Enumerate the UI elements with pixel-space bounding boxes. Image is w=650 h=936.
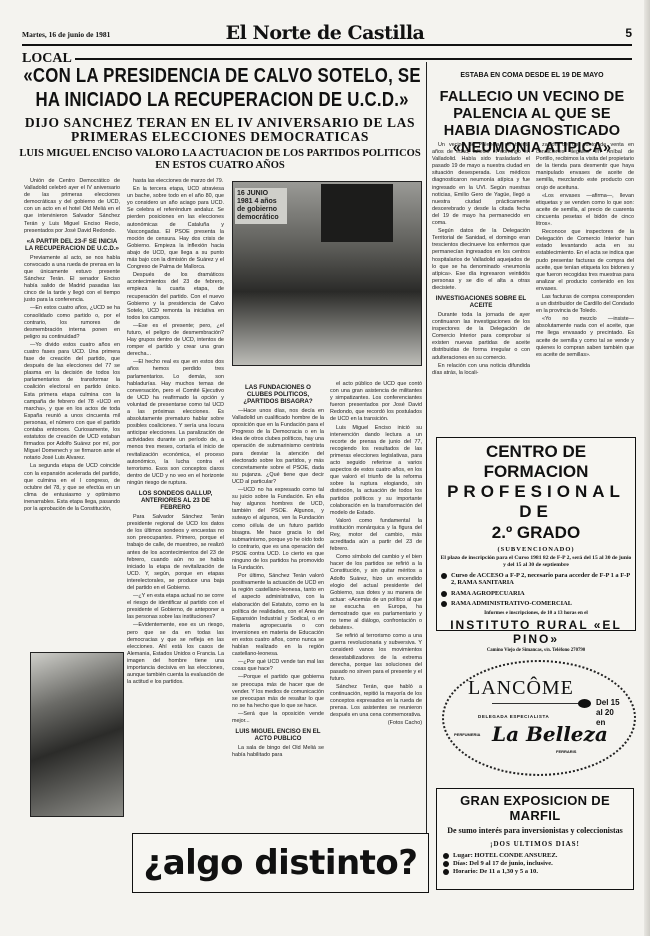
ad-address: Camino Viejo de Simancas, s/n. Teléfono … bbox=[437, 648, 635, 653]
ad-intro: El plazo de inscripción para el Curso 19… bbox=[437, 555, 635, 569]
paragraph: —Ese es el presente; pero, ¿el futuro, e… bbox=[127, 323, 224, 358]
paragraph: zación de un punto de venta en condicion… bbox=[536, 142, 634, 192]
paragraph: —Será que la oposición vende mejor... bbox=[232, 711, 324, 725]
paragraph: —En estos cuatro años, ¿UCD se ha consol… bbox=[24, 305, 120, 340]
bullet-item: Lugar: HOTEL CONDE ANSUREZ. bbox=[443, 852, 627, 860]
paragraph: «Los envases —afirma—, llevan etiquetas … bbox=[536, 193, 634, 228]
paragraph: En la tercera etapa, UCD atraviesa un ba… bbox=[127, 186, 224, 271]
rose-icon bbox=[578, 699, 591, 708]
ad-course-list: Curso de ACCESO a F-P 2, necesario para … bbox=[437, 572, 635, 607]
newspaper-title: El Norte de Castilla bbox=[220, 22, 430, 44]
ad-banner: ¡DOS ULTIMOS DIAS! bbox=[437, 840, 633, 848]
paragraph: Reconoce que inspectores de la Delegació… bbox=[536, 229, 634, 293]
ad-algo-distinto: ¿algo distinto? bbox=[132, 833, 429, 893]
bullet-item: Curso de ACCESO a F-P 2, necesario para … bbox=[441, 572, 631, 587]
ad-delegada: DELEGADA ESPECIALISTA bbox=[478, 714, 549, 719]
paragraph: —¿Por qué UCD vende tan mal las cosas qu… bbox=[232, 659, 324, 673]
speaker-photo bbox=[30, 652, 124, 817]
paragraph: —UCD no ha expresado como tal su juicio … bbox=[232, 487, 324, 572]
ad-subtitle: De sumo interés para inversionistas y co… bbox=[437, 826, 633, 835]
subhead: LAS FUNDACIONES O CLUBES POLITICOS, ¿PAR… bbox=[232, 384, 324, 405]
event-photo: 16 JUNIO 1981 4 años de gobierno democrá… bbox=[232, 181, 422, 366]
paragraph: —Yo divido estos cuatro años en cuatro f… bbox=[24, 342, 120, 463]
main-column-3: LAS FUNDACIONES O CLUBES POLITICOS, ¿PAR… bbox=[232, 381, 324, 760]
ad-title-line2: PROFESIONAL DE bbox=[437, 482, 635, 522]
paragraph: Previamente al acto, se nos había convoc… bbox=[24, 255, 120, 305]
ad-title: GRAN EXPOSICION DE MARFIL bbox=[437, 793, 633, 823]
paragraph: Después de los dramáticos acontecimiento… bbox=[127, 272, 224, 322]
paragraph: —Porque el partido que gobierna se preoc… bbox=[232, 674, 324, 709]
issue-date: Martes, 16 de junio de 1981 bbox=[22, 30, 110, 39]
rose-stem-icon bbox=[492, 703, 580, 704]
main-column-1: Unión de Centro Democrático de Valladoli… bbox=[24, 178, 120, 514]
paragraph: el acto público de UCD que contó con una… bbox=[330, 381, 422, 424]
main-column-2: hasta las elecciones de marzo del 79. En… bbox=[127, 178, 224, 687]
masthead-rule bbox=[22, 44, 632, 46]
paragraph: Según datos de la Delegación Territorial… bbox=[432, 228, 530, 292]
main-headline: «CON LA PRESIDENCIA DE CALVO SOTELO, SE … bbox=[22, 64, 422, 112]
subhead: «A PARTIR DEL 23-F SE INICIA LA RECUPERA… bbox=[24, 238, 120, 252]
side-column-2: zación de un punto de venta en condicion… bbox=[536, 142, 634, 360]
column-divider bbox=[426, 62, 427, 892]
paragraph: «Yo no mezclo —insiste— absolutamente na… bbox=[536, 316, 634, 359]
ad-subtitle: (SUBVENCIONADO) bbox=[437, 546, 635, 553]
ad-centro-formacion: CENTRO DE FORMACION PROFESIONAL DE 2.º G… bbox=[436, 437, 636, 631]
paragraph: Las facturas de compra corresponden a un… bbox=[536, 294, 634, 315]
photo-credit: (Fotos Cacho) bbox=[330, 720, 422, 727]
paragraph: Como símbolo del cambio y el bien hacer … bbox=[330, 554, 422, 632]
paragraph: hasta las elecciones de marzo del 79. bbox=[127, 178, 224, 185]
ad-institute: INSTITUTO RURAL «EL PINO» bbox=[437, 618, 635, 646]
paragraph: —Evidentemente, ese es un riesgo, pero q… bbox=[127, 622, 224, 686]
ad-text: ¿algo distinto? bbox=[143, 843, 417, 883]
bullet-item: RAMA ADMINISTRATIVO-COMERCIAL bbox=[441, 600, 631, 607]
paragraph: En relación con una noticia difundida dí… bbox=[432, 363, 530, 377]
side-kicker: ESTABA EN COMA DESDE EL 19 DE MAYO bbox=[432, 72, 632, 80]
main-deck: LUIS MIGUEL ENCISO VALORO LA ACTUACION D… bbox=[18, 148, 422, 172]
ad-lancome: LANCÔME Del 15 al 20 en DELEGADA ESPECIA… bbox=[442, 660, 636, 776]
ad-title-line3: 2.º GRADO bbox=[437, 522, 635, 544]
ad-ferrari: FERRARIS bbox=[556, 749, 576, 754]
main-subheadline: DIJO SANCHEZ TERAN EN EL IV ANIVERSARIO … bbox=[18, 116, 422, 144]
main-column-4: el acto público de UCD que contó con una… bbox=[330, 381, 422, 729]
paragraph: —Hace unos días, nos decía en Valladolid… bbox=[232, 408, 324, 486]
paragraph: La sala de bingo del Old Meliá se había … bbox=[232, 745, 324, 759]
subhead: INVESTIGACIONES SOBRE EL ACEITE bbox=[432, 295, 530, 309]
subhead: LOS SONDEOS GALLUP, ANTERIORES AL 23 DE … bbox=[127, 490, 224, 511]
paragraph: Por último, Sánchez Terán valoró positiv… bbox=[232, 573, 324, 658]
side-column-1: Un vecino de Palencia, de treinta años d… bbox=[432, 142, 530, 378]
photo-banner: 16 JUNIO 1981 4 años de gobierno democrá… bbox=[235, 188, 287, 224]
ad-exposicion-marfil: GRAN EXPOSICION DE MARFIL De sumo interé… bbox=[436, 788, 634, 890]
bullet-item: Días: Del 9 al 17 de junio, inclusive. bbox=[443, 860, 627, 868]
subhead: LUIS MIGUEL ENCISO EN EL ACTO PUBLICO bbox=[232, 728, 324, 742]
bullet-item: RAMA AGROPECUARIA bbox=[441, 590, 631, 597]
ad-title-line1: CENTRO DE FORMACION bbox=[437, 442, 635, 482]
section-rule bbox=[60, 58, 632, 60]
bullet-item: Horario: De 11 a 1,30 y 5 a 10. bbox=[443, 868, 627, 876]
paragraph: Durante toda la jornada de ayer continua… bbox=[432, 312, 530, 362]
paragraph: Unión de Centro Democrático de Valladoli… bbox=[24, 178, 120, 235]
paragraph: —¿Y en esta etapa actual no se corre el … bbox=[127, 593, 224, 621]
paragraph: Valoró como fundamental la institución m… bbox=[330, 518, 422, 553]
paragraph: Para Salvador Sánchez Terán presidente r… bbox=[127, 514, 224, 592]
ad-perfumeria: PERFUMERIA bbox=[454, 732, 480, 737]
paragraph: Sánchez Terán, que habló a continuación,… bbox=[330, 684, 422, 719]
shop-name: La Belleza bbox=[492, 722, 608, 746]
page-number: 5 bbox=[625, 26, 632, 40]
paragraph: Se refirió al terrorismo como a una guer… bbox=[330, 633, 422, 683]
ad-info: Informes e inscripciones, de 10 a 13 hor… bbox=[437, 610, 635, 616]
page-edge-shadow bbox=[644, 0, 650, 936]
paragraph: Luis Miguel Enciso inició su intervenció… bbox=[330, 425, 422, 517]
ad-details-list: Lugar: HOTEL CONDE ANSUREZ. Días: Del 9 … bbox=[437, 852, 633, 876]
paragraph: —El hecho real es que en estos dos años … bbox=[127, 359, 224, 487]
paragraph: La segunda etapa de UCD coincide con la … bbox=[24, 463, 120, 513]
paragraph: Un vecino de Palencia, de treinta años d… bbox=[432, 142, 530, 227]
photo-backdrop bbox=[321, 184, 393, 242]
lancome-logo: LANCÔME bbox=[468, 677, 574, 700]
